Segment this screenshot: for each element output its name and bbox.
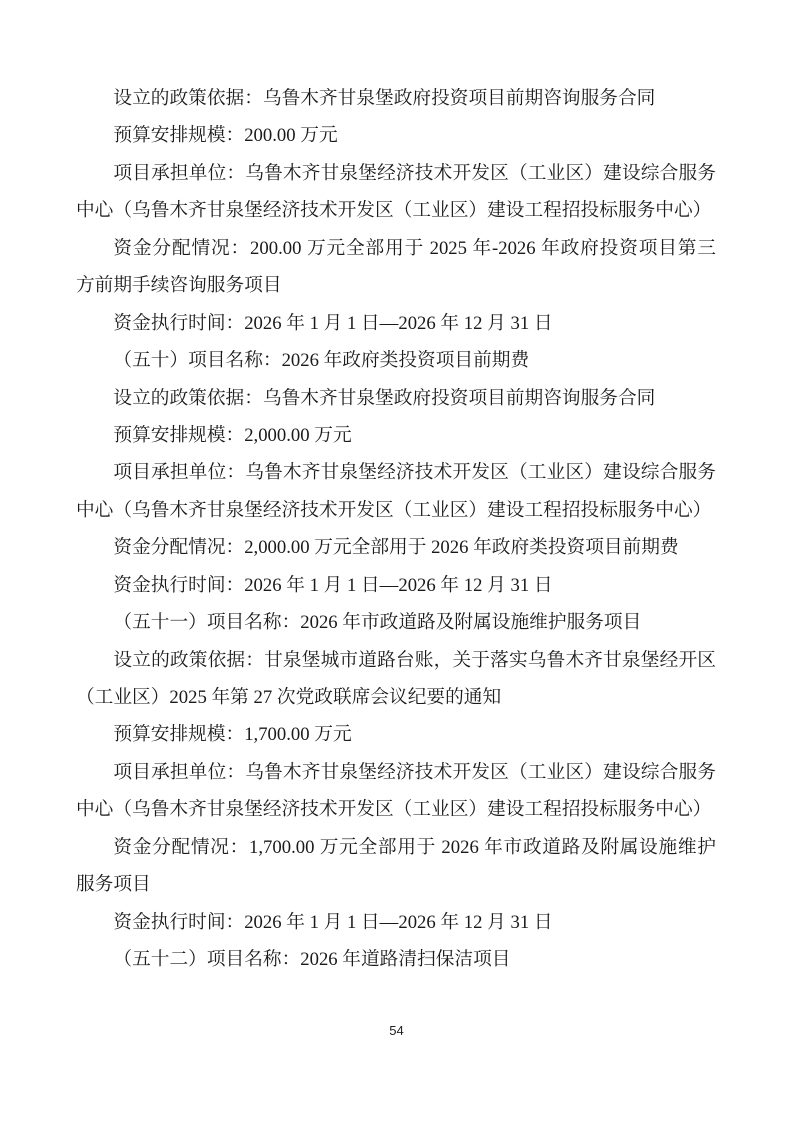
text-line: 设立的政策依据：乌鲁木齐甘泉堡政府投资项目前期咨询服务合同 — [76, 80, 716, 117]
text-line: 项目承担单位：乌鲁木齐甘泉堡经济技术开发区（工业区）建设综合服务 — [76, 155, 716, 192]
text-line: 服务项目 — [76, 866, 716, 903]
text-line: 资金分配情况：1,700.00 万元全部用于 2026 年市政道路及附属设施维护 — [76, 829, 716, 866]
text-line: 设立的政策依据：乌鲁木齐甘泉堡政府投资项目前期咨询服务合同 — [76, 380, 716, 417]
document-body: 设立的政策依据：乌鲁木齐甘泉堡政府投资项目前期咨询服务合同预算安排规模：200.… — [76, 80, 716, 979]
text-line: （工业区）2025 年第 27 次党政联席会议纪要的通知 — [76, 679, 716, 716]
text-line: 资金分配情况：200.00 万元全部用于 2025 年-2026 年政府投资项目… — [76, 230, 716, 267]
text-line: 项目承担单位：乌鲁木齐甘泉堡经济技术开发区（工业区）建设综合服务 — [76, 754, 716, 791]
text-line: 中心（乌鲁木齐甘泉堡经济技术开发区（工业区）建设工程招投标服务中心） — [76, 791, 716, 828]
text-line: （五十一）项目名称：2026 年市政道路及附属设施维护服务项目 — [76, 604, 716, 641]
page-number: 54 — [0, 1022, 793, 1040]
text-line: （五十）项目名称：2026 年政府类投资项目前期费 — [76, 342, 716, 379]
text-line: 预算安排规模：2,000.00 万元 — [76, 417, 716, 454]
text-line: 预算安排规模：200.00 万元 — [76, 117, 716, 154]
text-line: 资金分配情况：2,000.00 万元全部用于 2026 年政府类投资项目前期费 — [76, 529, 716, 566]
text-line: 项目承担单位：乌鲁木齐甘泉堡经济技术开发区（工业区）建设综合服务 — [76, 454, 716, 491]
text-line: 设立的政策依据：甘泉堡城市道路台账，关于落实乌鲁木齐甘泉堡经开区 — [76, 642, 716, 679]
text-line: 方前期手续咨询服务项目 — [76, 267, 716, 304]
text-line: 资金执行时间：2026 年 1 月 1 日—2026 年 12 月 31 日 — [76, 305, 716, 342]
text-line: 中心（乌鲁木齐甘泉堡经济技术开发区（工业区）建设工程招投标服务中心） — [76, 492, 716, 529]
text-line: 预算安排规模：1,700.00 万元 — [76, 716, 716, 753]
text-line: 资金执行时间：2026 年 1 月 1 日—2026 年 12 月 31 日 — [76, 567, 716, 604]
text-line: 中心（乌鲁木齐甘泉堡经济技术开发区（工业区）建设工程招投标服务中心） — [76, 192, 716, 229]
text-line: （五十二）项目名称：2026 年道路清扫保洁项目 — [76, 941, 716, 978]
document-page: 设立的政策依据：乌鲁木齐甘泉堡政府投资项目前期咨询服务合同预算安排规模：200.… — [0, 0, 793, 1122]
text-line: 资金执行时间：2026 年 1 月 1 日—2026 年 12 月 31 日 — [76, 904, 716, 941]
